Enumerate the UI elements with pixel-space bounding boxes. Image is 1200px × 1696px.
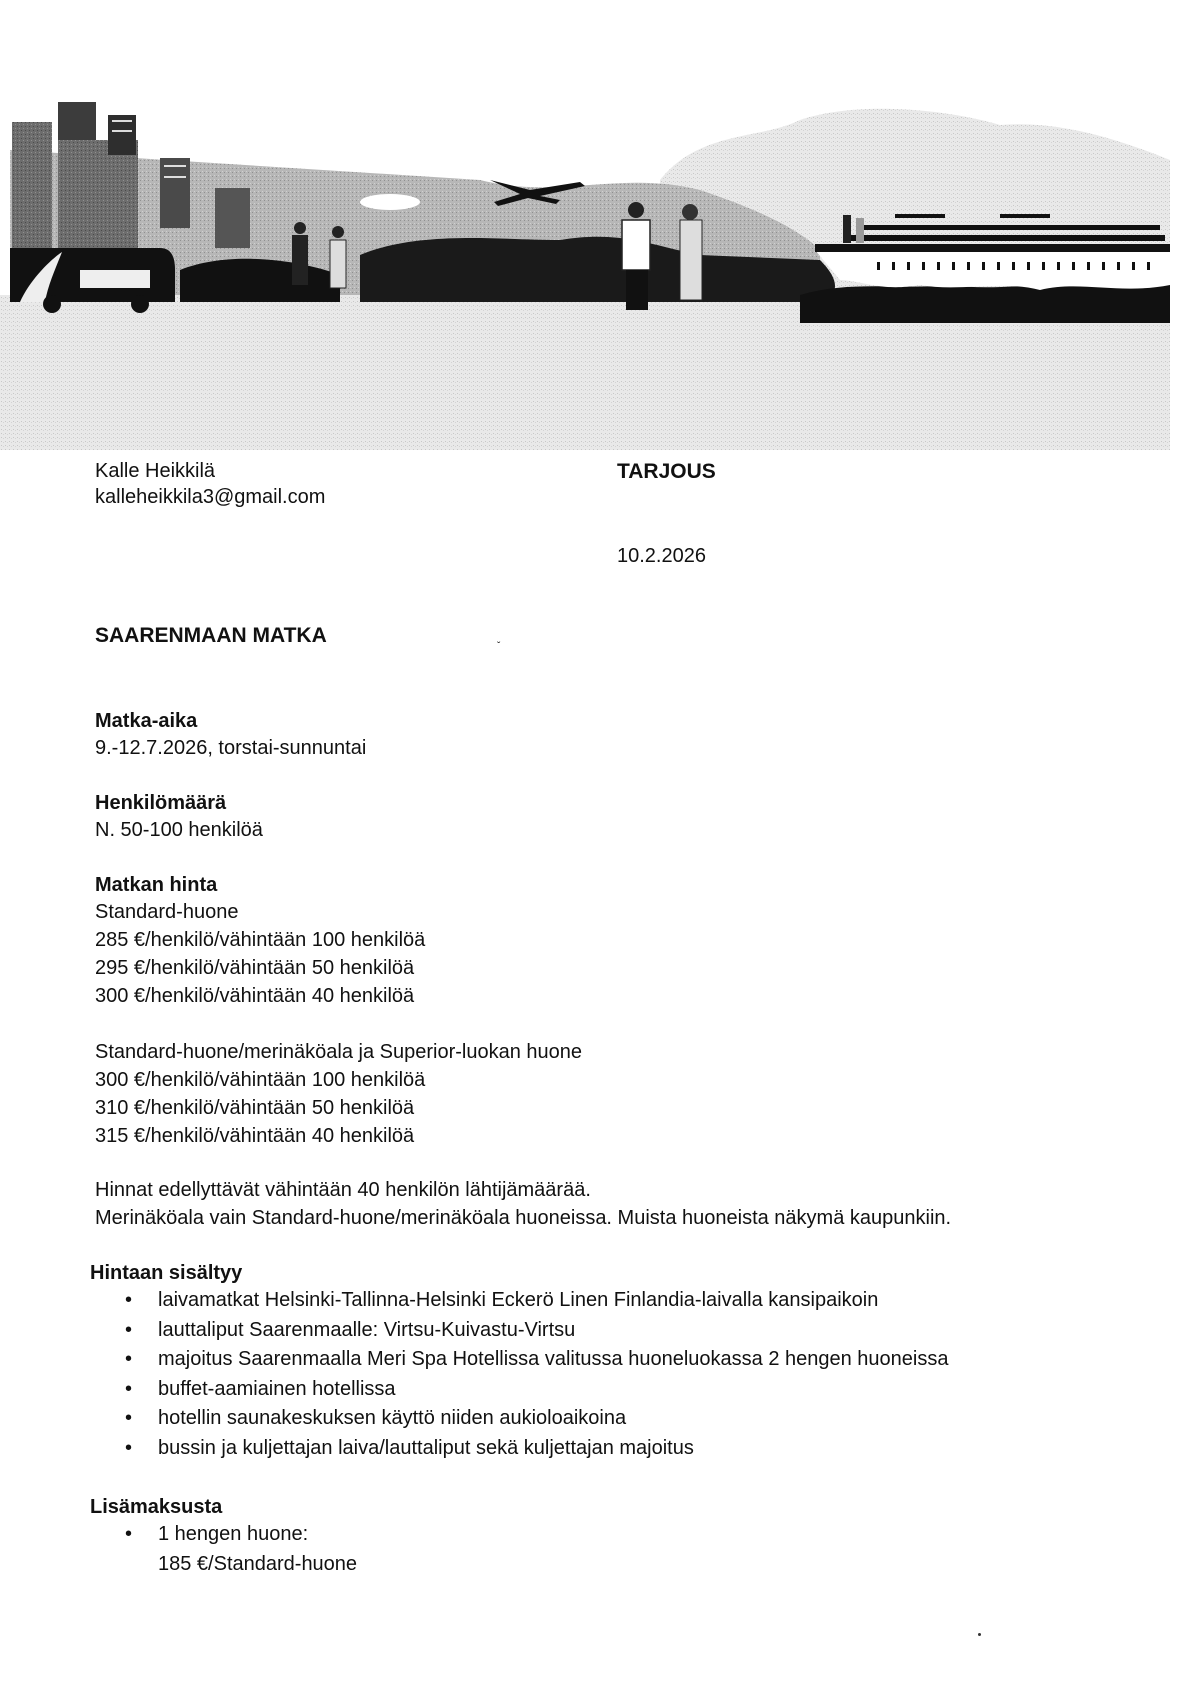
cruise-ship-icon	[815, 214, 1170, 290]
sender-email: kalleheikkila3@gmail.com	[95, 484, 325, 510]
price-notes: Hinnat edellyttävät vähintään 40 henkilö…	[95, 1176, 951, 1232]
bullet-icon: •	[125, 1286, 132, 1316]
scan-speck	[978, 1633, 981, 1636]
travel-time-value: 9.-12.7.2026, torstai-sunnuntai	[95, 734, 366, 762]
extra-list: •1 hengen huone: 185 €/Standard-huone	[90, 1520, 357, 1579]
sender-block: Kalle Heikkilä kalleheikkila3@gmail.com	[95, 458, 325, 510]
section-heading: Lisämaksusta	[90, 1494, 357, 1520]
price-row: 300 €/henkilö/vähintään 100 henkilöä	[95, 1066, 582, 1094]
document-type: TARJOUS	[617, 460, 716, 484]
section-heading: Matkan hinta	[95, 872, 425, 898]
list-item-continuation: 185 €/Standard-huone	[90, 1550, 357, 1580]
travel-banner-illustration	[0, 80, 1200, 450]
document-date: 10.2.2026	[617, 545, 706, 568]
list-item: •lauttaliput Saarenmaalle: Virtsu-Kuivas…	[90, 1316, 948, 1346]
bullet-icon: •	[125, 1316, 132, 1346]
bullet-icon: •	[125, 1520, 132, 1550]
price-row: 315 €/henkilö/vähintään 40 henkilöä	[95, 1122, 582, 1150]
bullet-icon: •	[125, 1375, 132, 1405]
list-item: •laivamatkat Helsinki-Tallinna-Helsinki …	[90, 1286, 948, 1316]
list-item: •majoitus Saarenmaalla Meri Spa Hotellis…	[90, 1345, 948, 1375]
section-extra: Lisämaksusta •1 hengen huone: 185 €/Stan…	[90, 1494, 357, 1579]
price-group-label: Standard-huone/merinäköala ja Superior-l…	[95, 1038, 582, 1066]
bullet-icon: •	[125, 1345, 132, 1375]
price-row: 310 €/henkilö/vähintään 50 henkilöä	[95, 1094, 582, 1122]
section-included: Hintaan sisältyy •laivamatkat Helsinki-T…	[90, 1260, 948, 1463]
bullet-icon: •	[125, 1404, 132, 1434]
price-row: 295 €/henkilö/vähintään 50 henkilöä	[95, 954, 425, 982]
price-note: Hinnat edellyttävät vähintään 40 henkilö…	[95, 1176, 951, 1204]
scan-mark: ˬ	[497, 633, 500, 644]
section-price-seaview: Standard-huone/merinäköala ja Superior-l…	[95, 1038, 582, 1150]
price-row: 300 €/henkilö/vähintään 40 henkilöä	[95, 982, 425, 1010]
section-participants: Henkilömäärä N. 50-100 henkilöä	[95, 790, 263, 844]
section-price: Matkan hinta Standard-huone 285 €/henkil…	[95, 872, 425, 1010]
list-item: •1 hengen huone:	[90, 1520, 357, 1550]
price-note: Merinäköala vain Standard-huone/merinäkö…	[95, 1204, 951, 1232]
section-heading: Matka-aika	[95, 708, 366, 734]
list-item: •buffet-aamiainen hotellissa	[90, 1375, 948, 1405]
list-item: •bussin ja kuljettajan laiva/lauttaliput…	[90, 1434, 948, 1464]
price-group-label: Standard-huone	[95, 898, 425, 926]
section-travel-time: Matka-aika 9.-12.7.2026, torstai-sunnunt…	[95, 708, 366, 762]
included-list: •laivamatkat Helsinki-Tallinna-Helsinki …	[90, 1286, 948, 1463]
price-row: 285 €/henkilö/vähintään 100 henkilöä	[95, 926, 425, 954]
participants-value: N. 50-100 henkilöä	[95, 816, 263, 844]
section-heading: Henkilömäärä	[95, 790, 263, 816]
bullet-icon: •	[125, 1434, 132, 1464]
list-item: •hotellin saunakeskuksen käyttö niiden a…	[90, 1404, 948, 1434]
trip-title: SAARENMAAN MATKA	[95, 624, 327, 648]
section-heading: Hintaan sisältyy	[90, 1260, 948, 1286]
sender-name: Kalle Heikkilä	[95, 458, 325, 484]
